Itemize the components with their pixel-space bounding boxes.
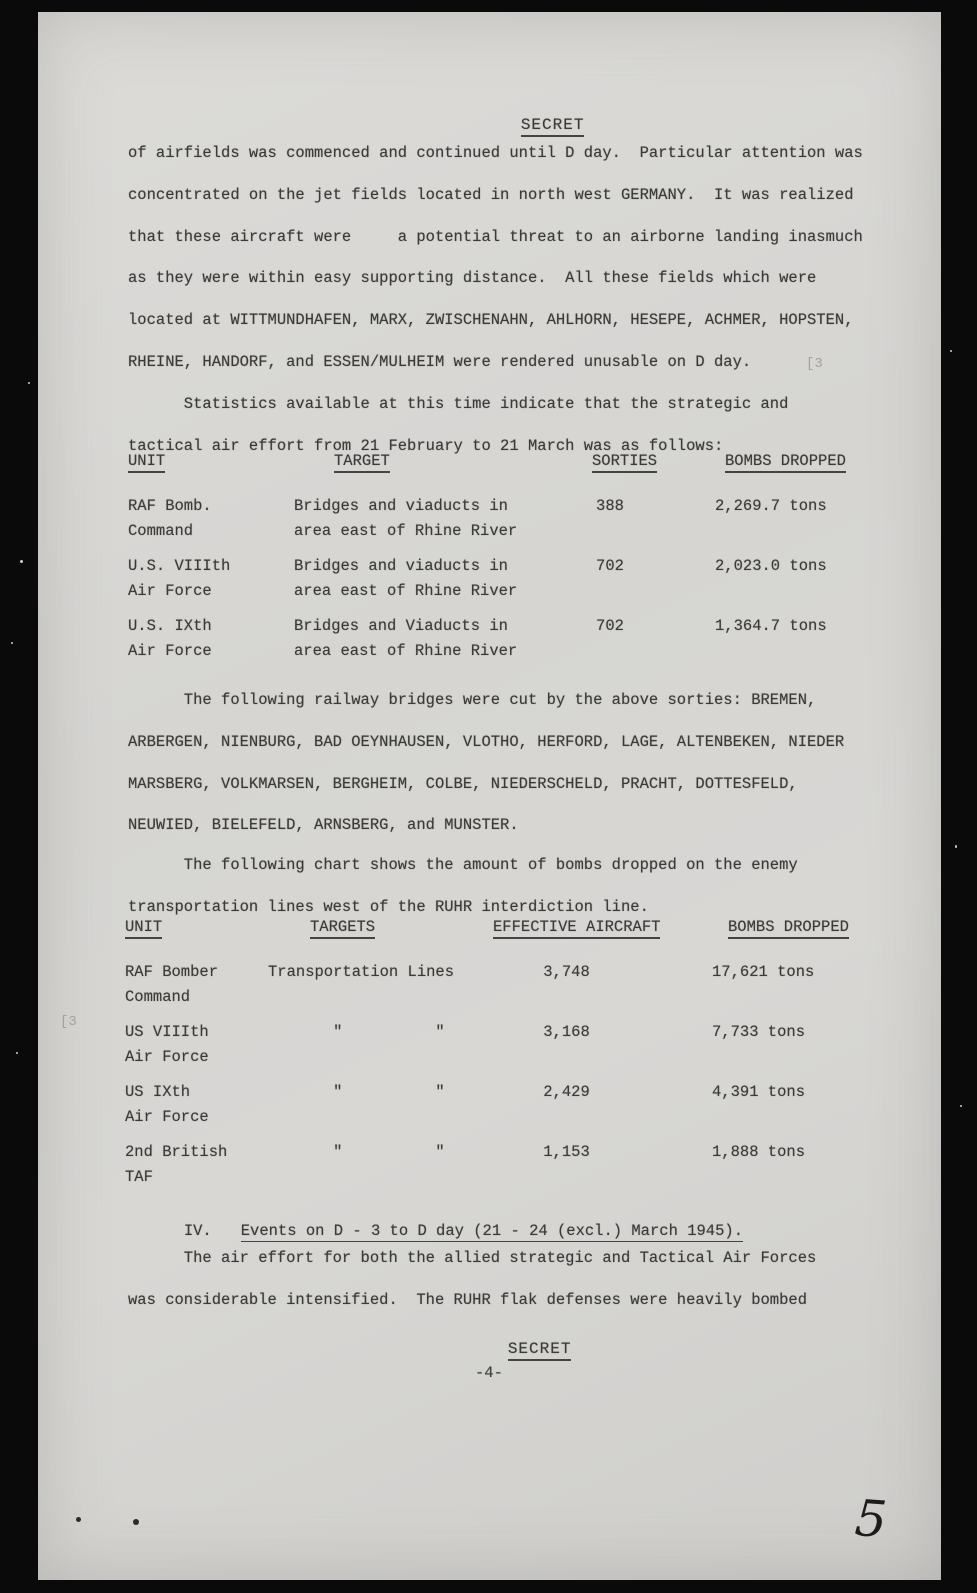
table-cell-bombs: 1,364.7 tons — [680, 604, 873, 664]
secret-stamp-bottom: SECRET — [508, 1340, 572, 1361]
text-line: The air effort for both the allied strat… — [128, 1238, 816, 1280]
table-row: RAF Bomber CommandTransportation Lines3,… — [125, 950, 873, 1010]
table-cell-bombs: 1,888 tons — [640, 1130, 873, 1190]
table-cell-bombs: 4,391 tons — [640, 1070, 873, 1130]
column-header-sorties: SORTIES — [592, 452, 657, 473]
page-number: -4- — [475, 1364, 503, 1382]
text-line: of airfields was commenced and continued… — [128, 133, 863, 175]
column-header-bombs-dropped: BOMBS DROPPED — [725, 452, 846, 473]
film-speck — [20, 560, 23, 563]
table-cell-unit: US VIIIth Air Force — [125, 1010, 268, 1070]
table-row: RAF Bomb. CommandBridges and viaducts in… — [128, 484, 873, 544]
column-header-target: TARGET — [334, 452, 390, 473]
table-cell-unit: US IXth Air Force — [125, 1070, 268, 1130]
paragraph-railway-bridges: The following railway bridges were cut b… — [128, 680, 844, 847]
column-header-effective-aircraft: EFFECTIVE AIRCRAFT — [493, 918, 660, 939]
column-header-unit: UNIT — [128, 452, 165, 473]
sorties-table: UNIT TARGET SORTIES BOMBS DROPPED RAF Bo… — [128, 452, 873, 664]
table-cell-bombs: 17,621 tons — [640, 950, 873, 1010]
margin-mark-right: [3 — [806, 356, 823, 372]
handwritten-page-number: 5 — [853, 1489, 889, 1549]
table-cell-target: Bridges and viaducts in area east of Rhi… — [294, 544, 540, 604]
column-header-unit: UNIT — [125, 918, 162, 939]
column-header-bombs-dropped: BOMBS DROPPED — [728, 918, 849, 939]
table-cell-bombs: 2,269.7 tons — [680, 484, 873, 544]
transportation-table: UNIT TARGETS EFFECTIVE AIRCRAFT BOMBS DR… — [125, 918, 873, 1190]
table-cell-unit: U.S. VIIIth Air Force — [128, 544, 294, 604]
text-line: that these aircraft were a potential thr… — [128, 217, 863, 259]
classification-footer: SECRET — [452, 1322, 571, 1376]
text-line: located at WITTMUNDHAFEN, MARX, ZWISCHEN… — [128, 300, 863, 342]
table-cell-aircraft: 2,429 — [493, 1070, 640, 1130]
film-speck — [950, 350, 952, 352]
text-line: ARBERGEN, NIENBURG, BAD OEYNHAUSEN, VLOT… — [128, 722, 844, 764]
film-speck — [955, 845, 957, 848]
table-cell-unit: RAF Bomb. Command — [128, 484, 294, 544]
text-line: MARSBERG, VOLKMARSEN, BERGHEIM, COLBE, N… — [128, 764, 844, 806]
table-cell-unit: U.S. IXth Air Force — [128, 604, 294, 664]
table-row: US IXth Air Force " "2,4294,391 tons — [125, 1070, 873, 1130]
text-line: The following railway bridges were cut b… — [128, 680, 844, 722]
ink-dot — [76, 1517, 81, 1522]
table-cell-aircraft: 1,153 — [493, 1130, 640, 1190]
sorties-table-header: UNIT TARGET SORTIES BOMBS DROPPED — [128, 452, 873, 484]
margin-mark-left: [3 — [60, 1014, 77, 1030]
column-header-targets: TARGETS — [310, 918, 375, 939]
film-speck — [960, 1105, 962, 1107]
paragraph-airfields: of airfields was commenced and continued… — [128, 133, 863, 384]
table-cell-target: Bridges and Viaducts in area east of Rhi… — [294, 604, 540, 664]
text-line: was considerable intensified. The RUHR f… — [128, 1280, 816, 1322]
document-page: SECRET of airfields was commenced and co… — [38, 12, 941, 1580]
table-row: U.S. VIIIth Air ForceBridges and viaduct… — [128, 544, 873, 604]
table-cell-sorties: 702 — [540, 544, 680, 604]
text-line: RHEINE, HANDORF, and ESSEN/MULHEIM were … — [128, 342, 863, 384]
transportation-table-header: UNIT TARGETS EFFECTIVE AIRCRAFT BOMBS DR… — [125, 918, 873, 950]
film-speck — [28, 382, 30, 384]
paragraph-air-effort: The air effort for both the allied strat… — [128, 1238, 816, 1322]
text-line: concentrated on the jet fields located i… — [128, 175, 863, 217]
table-cell-target: Bridges and viaducts in area east of Rhi… — [294, 484, 540, 544]
ink-dot — [133, 1519, 139, 1525]
table-cell-unit: RAF Bomber Command — [125, 950, 268, 1010]
text-line: Statistics available at this time indica… — [128, 384, 788, 426]
table-row: US VIIIth Air Force " "3,1687,733 tons — [125, 1010, 873, 1070]
film-speck — [11, 642, 13, 644]
table-row: 2nd British TAF " "1,1531,888 tons — [125, 1130, 873, 1190]
paragraph-chart-intro: The following chart shows the amount of … — [128, 845, 798, 929]
table-cell-sorties: 702 — [540, 604, 680, 664]
table-cell-targets: " " — [268, 1010, 493, 1070]
text-line: NEUWIED, BIELEFELD, ARNSBERG, and MUNSTE… — [128, 805, 844, 847]
table-cell-aircraft: 3,748 — [493, 950, 640, 1010]
film-speck — [16, 1052, 18, 1054]
table-cell-targets: " " — [268, 1070, 493, 1130]
table-cell-aircraft: 3,168 — [493, 1010, 640, 1070]
table-cell-sorties: 388 — [540, 484, 680, 544]
table-cell-bombs: 7,733 tons — [640, 1010, 873, 1070]
table-row: U.S. IXth Air ForceBridges and Viaducts … — [128, 604, 873, 664]
text-line: The following chart shows the amount of … — [128, 845, 798, 887]
text-line: as they were within easy supporting dist… — [128, 258, 863, 300]
table-cell-targets: " " — [268, 1130, 493, 1190]
document-scan: SECRET of airfields was commenced and co… — [0, 0, 977, 1593]
table-cell-bombs: 2,023.0 tons — [680, 544, 873, 604]
table-cell-unit: 2nd British TAF — [125, 1130, 268, 1190]
table-cell-targets: Transportation Lines — [268, 950, 493, 1010]
